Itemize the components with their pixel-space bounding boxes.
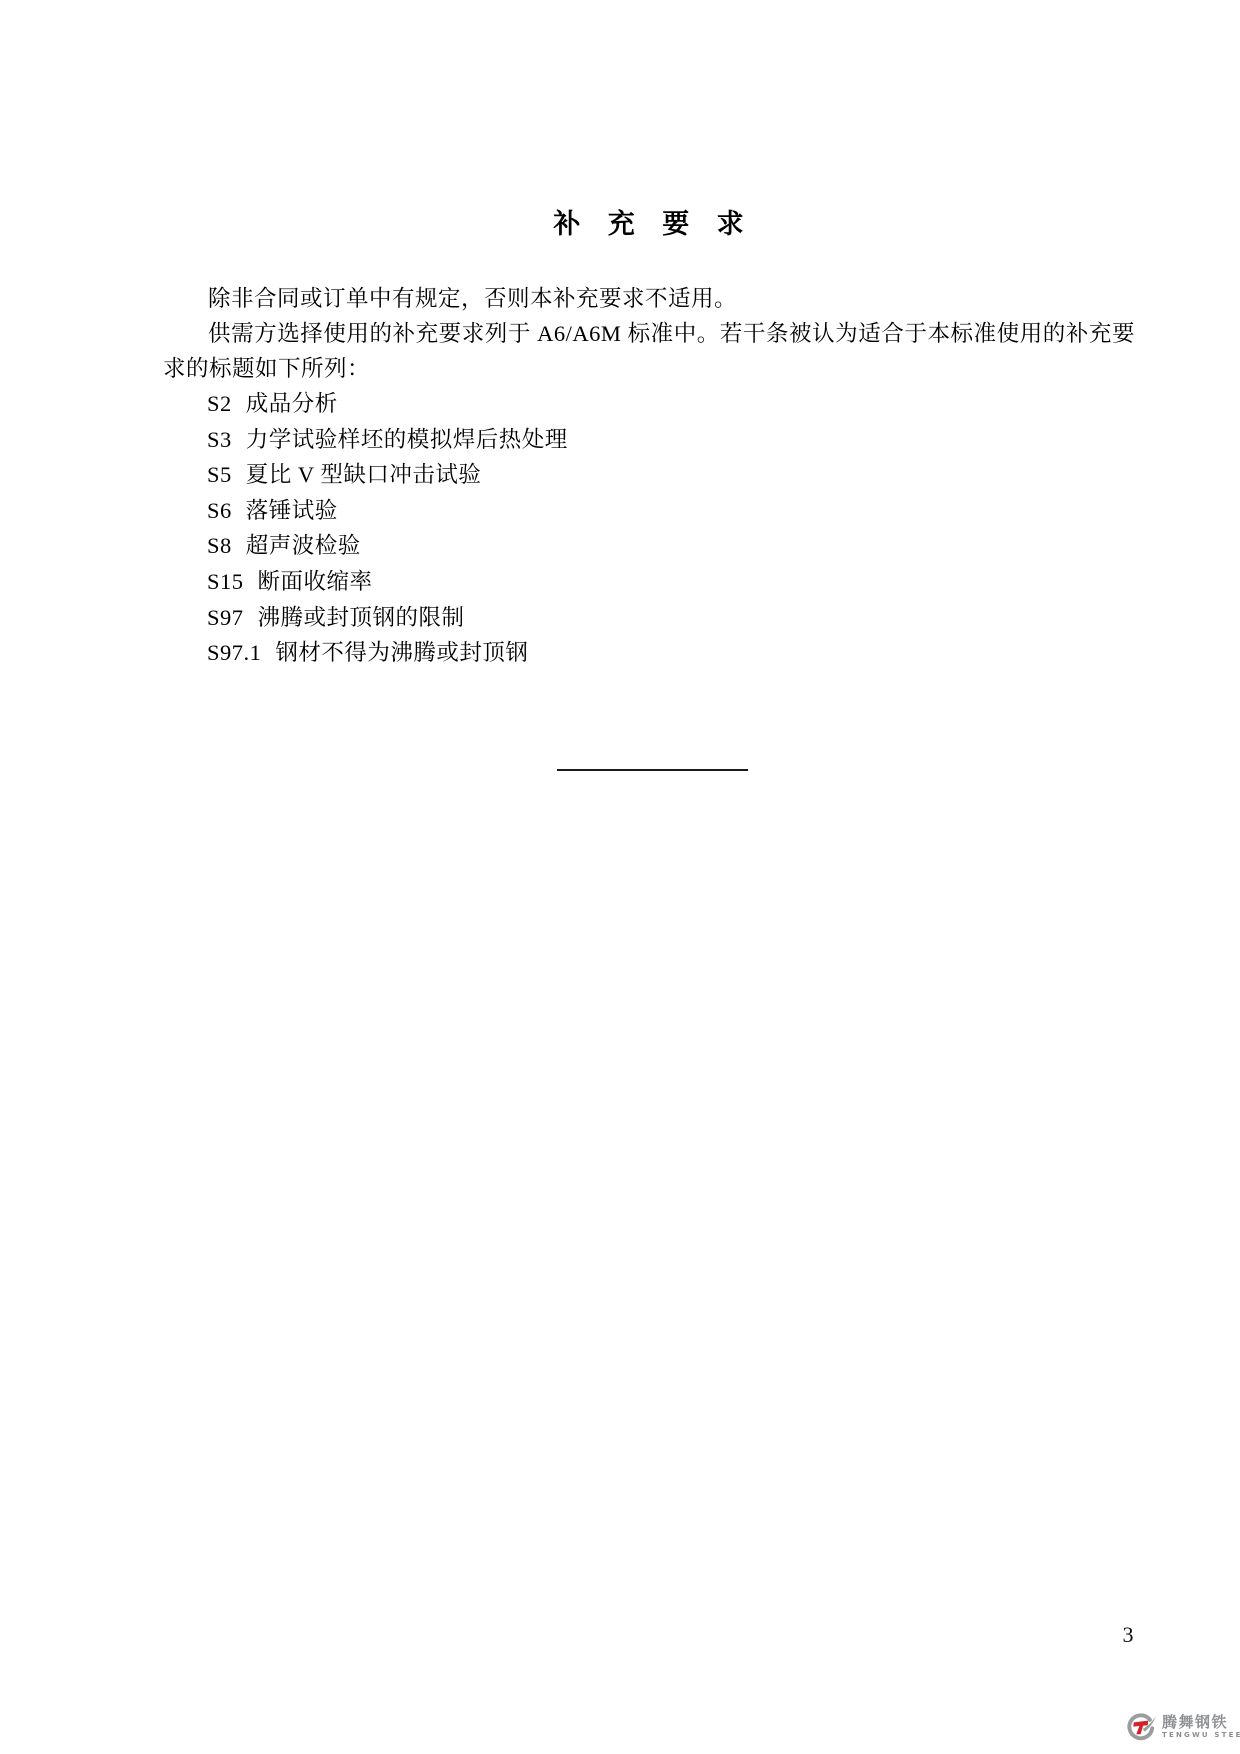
logo-name-english: TENGWU STEEL — [1162, 1731, 1240, 1740]
item-code: S2 — [207, 386, 232, 422]
document-page: 补 充 要 求 除非合同或订单中有规定，否则本补充要求不适用。 供需方选择使用的… — [0, 0, 1240, 1754]
item-code: S8 — [207, 528, 232, 564]
item-code: S5 — [207, 457, 232, 493]
list-item: S5夏比 V 型缺口冲击试验 — [207, 457, 1135, 493]
list-item: S97.1钢材不得为沸腾或封顶钢 — [207, 635, 1135, 671]
item-code: S15 — [207, 564, 244, 600]
list-item: S97沸腾或封顶钢的限制 — [207, 600, 1135, 636]
list-item: S3力学试验样坯的模拟焊后热处理 — [207, 422, 1135, 458]
tengwu-steel-logo-icon — [1124, 1710, 1158, 1744]
item-code: S3 — [207, 422, 232, 458]
supplementary-requirements-list: S2成品分析 S3力学试验样坯的模拟焊后热处理 S5夏比 V 型缺口冲击试验 S… — [163, 386, 1135, 671]
list-item: S8超声波检验 — [207, 528, 1135, 564]
item-code: S97 — [207, 600, 244, 636]
item-title: 成品分析 — [246, 391, 338, 416]
item-title: 断面收缩率 — [258, 569, 373, 594]
item-title: 夏比 V 型缺口冲击试验 — [246, 462, 482, 487]
item-code: S6 — [207, 493, 232, 529]
item-title: 钢材不得为沸腾或封顶钢 — [275, 640, 528, 665]
logo-wordmark: 腾舞钢铁 TENGWU STEEL — [1162, 1714, 1240, 1740]
page-title: 补 充 要 求 — [163, 208, 1135, 242]
item-title: 力学试验样坯的模拟焊后热处理 — [246, 427, 568, 452]
logo-name-chinese: 腾舞钢铁 — [1162, 1714, 1240, 1731]
list-item: S6落锤试验 — [207, 493, 1135, 529]
item-title: 超声波检验 — [246, 533, 361, 558]
page-number: 3 — [1100, 1622, 1156, 1648]
section-end-rule — [557, 769, 748, 771]
paragraph-applicability: 除非合同或订单中有规定，否则本补充要求不适用。 — [163, 281, 1135, 316]
list-item: S15断面收缩率 — [207, 564, 1135, 600]
item-title: 落锤试验 — [246, 498, 338, 523]
footer-logo: 腾舞钢铁 TENGWU STEEL — [1124, 1710, 1240, 1744]
item-title: 沸腾或封顶钢的限制 — [258, 605, 465, 630]
document-body: 除非合同或订单中有规定，否则本补充要求不适用。 供需方选择使用的补充要求列于 A… — [163, 281, 1135, 671]
paragraph-standard-reference: 供需方选择使用的补充要求列于 A6/A6M 标准中。若干条被认为适合于本标准使用… — [163, 316, 1135, 386]
list-item: S2成品分析 — [207, 386, 1135, 422]
item-code: S97.1 — [207, 635, 261, 671]
